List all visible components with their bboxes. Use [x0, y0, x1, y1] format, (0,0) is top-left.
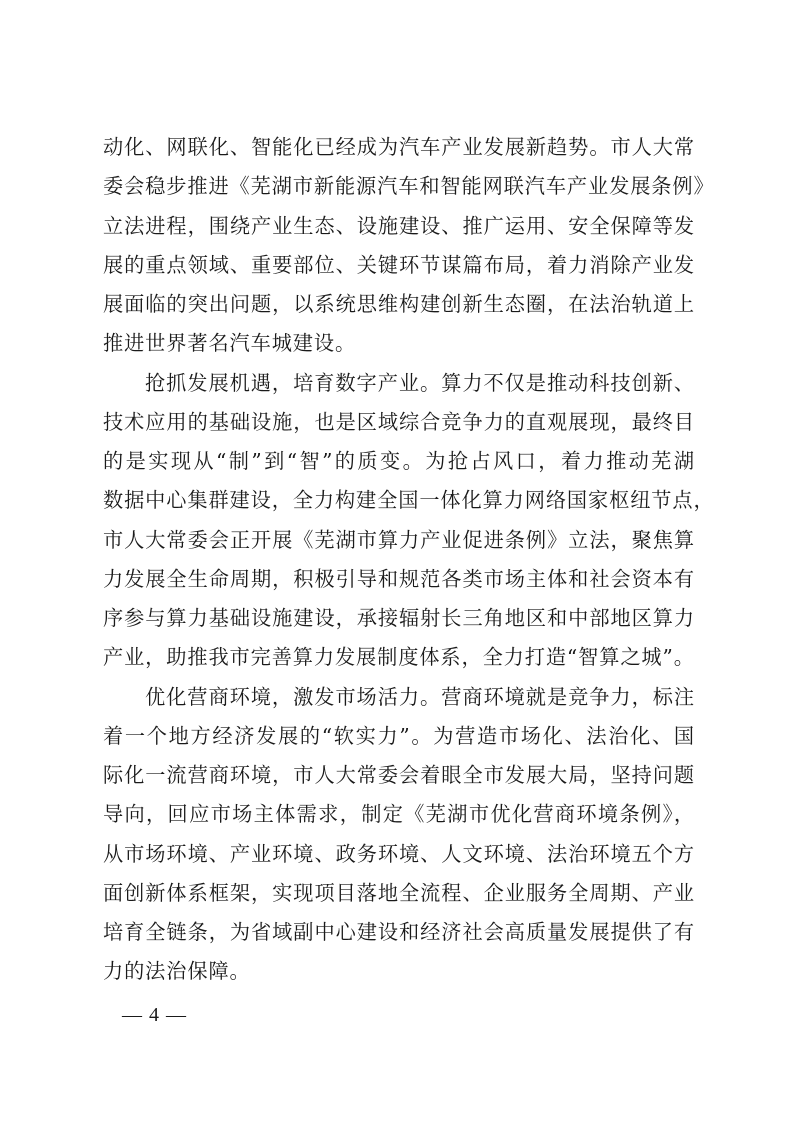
- text-line: 着一个地方经济发展的“软实力”。为营造市场化、法治化、国: [103, 717, 695, 756]
- text-line: 委会稳步推进《芜湖市新能源汽车和智能网联汽车产业发展条例》: [103, 167, 695, 206]
- paragraph-lead-heading: 抢抓发展机遇，培育数字产业。: [145, 371, 441, 395]
- text-line: 展的重点领域、重要部位、关键环节谋篇布局，着力消除产业发: [103, 246, 695, 285]
- text-line: 从市场环境、产业环境、政务环境、人文环境、法治环境五个方: [103, 835, 695, 874]
- paragraph-lead-heading: 优化营商环境，激发市场活力。: [145, 685, 441, 709]
- text-segment: 营商环境就是竞争力，标注: [441, 685, 695, 709]
- text-line: 立法进程，围绕产业生态、设施建设、推广运用、安全保障等发: [103, 207, 695, 246]
- text-line: 力的法治保障。: [103, 952, 695, 991]
- text-line: 展面临的突出问题，以系统思维构建创新生态圈，在法治轨道上: [103, 285, 695, 324]
- text-segment: 算力不仅是推动科技创新、: [441, 371, 695, 395]
- document-page: 动化、网联化、智能化已经成为汽车产业发展新趋势。市人大常 委会稳步推进《芜湖市新…: [0, 0, 793, 1122]
- text-line-first: 优化营商环境，激发市场活力。营商环境就是竞争力，标注: [103, 678, 695, 717]
- text-line: 的是实现从“制”到“智”的质变。为抢占风口，着力推动芜湖: [103, 442, 695, 481]
- text-line: 际化一流营商环境，市人大常委会着眼全市发展大局，坚持问题: [103, 756, 695, 795]
- text-line: 市人大常委会正开展《芜湖市算力产业促进条例》立法，聚焦算: [103, 521, 695, 560]
- text-line: 导向，回应市场主体需求，制定《芜湖市优化营商环境条例》，: [103, 795, 695, 834]
- text-line: 动化、网联化、智能化已经成为汽车产业发展新趋势。市人大常: [103, 128, 695, 167]
- text-line: 面创新体系框架，实现项目落地全流程、企业服务全周期、产业: [103, 874, 695, 913]
- text-line-first: 抢抓发展机遇，培育数字产业。算力不仅是推动科技创新、: [103, 364, 695, 403]
- text-line: 数据中心集群建设，全力构建全国一体化算力网络国家枢纽节点，: [103, 481, 695, 520]
- text-line: 序参与算力基础设施建设，承接辐射长三角地区和中部地区算力: [103, 599, 695, 638]
- text-line: 力发展全生命周期，积极引导和规范各类市场主体和社会资本有: [103, 560, 695, 599]
- paragraph-auto-industry: 动化、网联化、智能化已经成为汽车产业发展新趋势。市人大常 委会稳步推进《芜湖市新…: [103, 128, 695, 364]
- page-number: — 4 —: [122, 1003, 187, 1027]
- paragraph-digital-industry: 抢抓发展机遇，培育数字产业。算力不仅是推动科技创新、 技术应用的基础设施，也是区…: [103, 364, 695, 678]
- text-line: 产业，助推我市完善算力发展制度体系，全力打造“智算之城”。: [103, 638, 695, 677]
- body-text: 动化、网联化、智能化已经成为汽车产业发展新趋势。市人大常 委会稳步推进《芜湖市新…: [103, 128, 695, 992]
- text-line: 技术应用的基础设施，也是区域综合竞争力的直观展现，最终目: [103, 403, 695, 442]
- text-line: 推进世界著名汽车城建设。: [103, 324, 695, 363]
- text-line: 培育全链条，为省域副中心建设和经济社会高质量发展提供了有: [103, 913, 695, 952]
- paragraph-business-environment: 优化营商环境，激发市场活力。营商环境就是竞争力，标注 着一个地方经济发展的“软实…: [103, 678, 695, 992]
